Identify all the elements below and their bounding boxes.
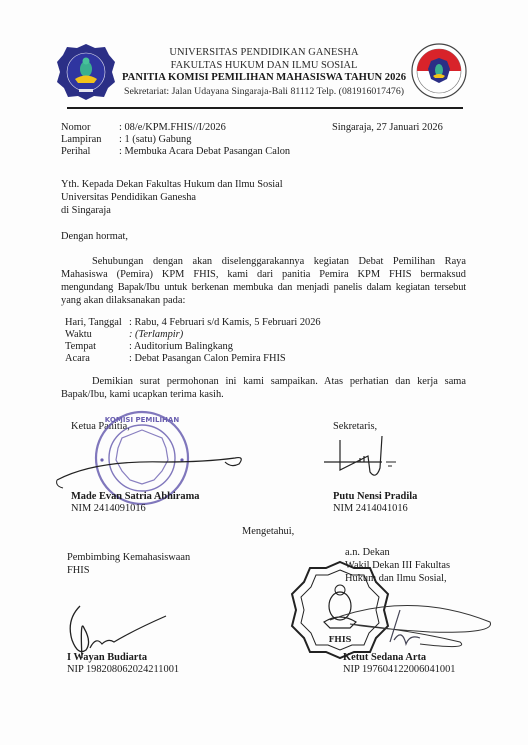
recipient-line3: di Singaraja xyxy=(61,205,111,218)
letterhead-faculty: FAKULTAS HUKUM DAN ILMU SOSIAL xyxy=(0,60,528,71)
recipient-line1: Yth. Kepada Dekan Fakultas Hukum dan Ilm… xyxy=(61,179,283,192)
detail-value: : Auditorium Balingkang xyxy=(129,341,233,354)
para1-line4: yang akan dilaksanakan pada: xyxy=(61,295,185,308)
letterhead-university: UNIVERSITAS PENDIDIKAN GANESHA xyxy=(0,47,528,58)
letterhead-committee: PANITIA KOMISI PEMILIHAN MAHASISWA TAHUN… xyxy=(0,72,528,83)
dekan-role-line2: Wakil Dekan III Fakultas xyxy=(345,560,450,573)
pembimbing-name: I Wayan Budiarta xyxy=(67,652,147,665)
para1-line1: Sehubungan dengan akan diselenggarakanny… xyxy=(92,256,466,269)
letterhead-address: Sekretariat: Jalan Udayana Singaraja-Bal… xyxy=(0,86,528,97)
detail-value: : Debat Pasangan Calon Pemira FHIS xyxy=(129,353,286,366)
dekan-role-line1: a.n. Dekan xyxy=(345,547,390,560)
ketua-name: Made Evan Satria Abhirama xyxy=(71,491,199,504)
ketua-signature-icon xyxy=(55,450,255,490)
pembimbing-role-line2: FHIS xyxy=(67,565,90,578)
para1-line2: Mahasiswa (Pemira) KPM FHIS, kami dari p… xyxy=(61,269,466,282)
para1-line3: mengundang Bapak/Ibu untuk berkenan memb… xyxy=(61,282,466,295)
nomor-value: : 08/e/KPM.FHIS//I/2026 xyxy=(119,122,226,135)
letterhead-divider xyxy=(67,107,463,109)
sekretaris-nim: NIM 2414041016 xyxy=(333,503,408,516)
sekretaris-signature-icon xyxy=(322,432,412,482)
acknowledged-label: Mengetahui, xyxy=(242,526,294,539)
recipient-line2: Universitas Pendidikan Ganesha xyxy=(61,192,196,205)
pembimbing-role-line1: Pembimbing Kemahasiswaan xyxy=(67,552,190,565)
pembimbing-signature-icon xyxy=(62,600,172,660)
lampiran-label: Lampiran xyxy=(61,134,101,147)
sekretaris-name: Putu Nensi Pradila xyxy=(333,491,417,504)
detail-label: Waktu xyxy=(65,329,92,342)
detail-label: Hari, Tanggal xyxy=(65,317,122,330)
lampiran-value: : 1 (satu) Gabung xyxy=(119,134,191,147)
svg-text:KOMISI PEMILIHAN: KOMISI PEMILIHAN xyxy=(105,416,180,424)
pembimbing-nip: NIP 198208062024211001 xyxy=(67,664,179,677)
detail-label: Tempat xyxy=(65,341,96,354)
perihal-label: Perihal xyxy=(61,146,90,159)
detail-label: Acara xyxy=(65,353,90,366)
detail-value: : Rabu, 4 Februari s/d Kamis, 5 Februari… xyxy=(129,317,321,330)
closing-line2: Bapak/Ibu, kami ucapkan terima kasih. xyxy=(61,389,224,402)
nomor-label: Nomor xyxy=(61,122,90,135)
dekan-nip: NIP 197604122006041001 xyxy=(343,664,455,677)
dekan-signature-icon xyxy=(310,580,500,660)
place-date: Singaraja, 27 Januari 2026 xyxy=(332,122,443,135)
ketua-nim: NIM 2414091016 xyxy=(71,503,146,516)
closing-line1: Demikian surat permohonan ini kami sampa… xyxy=(92,376,466,389)
dekan-name: Ketut Sedana Arta xyxy=(343,652,426,665)
detail-value: : (Terlampir) xyxy=(129,329,183,342)
greeting: Dengan hormat, xyxy=(61,231,128,244)
perihal-value: : Membuka Acara Debat Pasangan Calon xyxy=(119,146,290,159)
